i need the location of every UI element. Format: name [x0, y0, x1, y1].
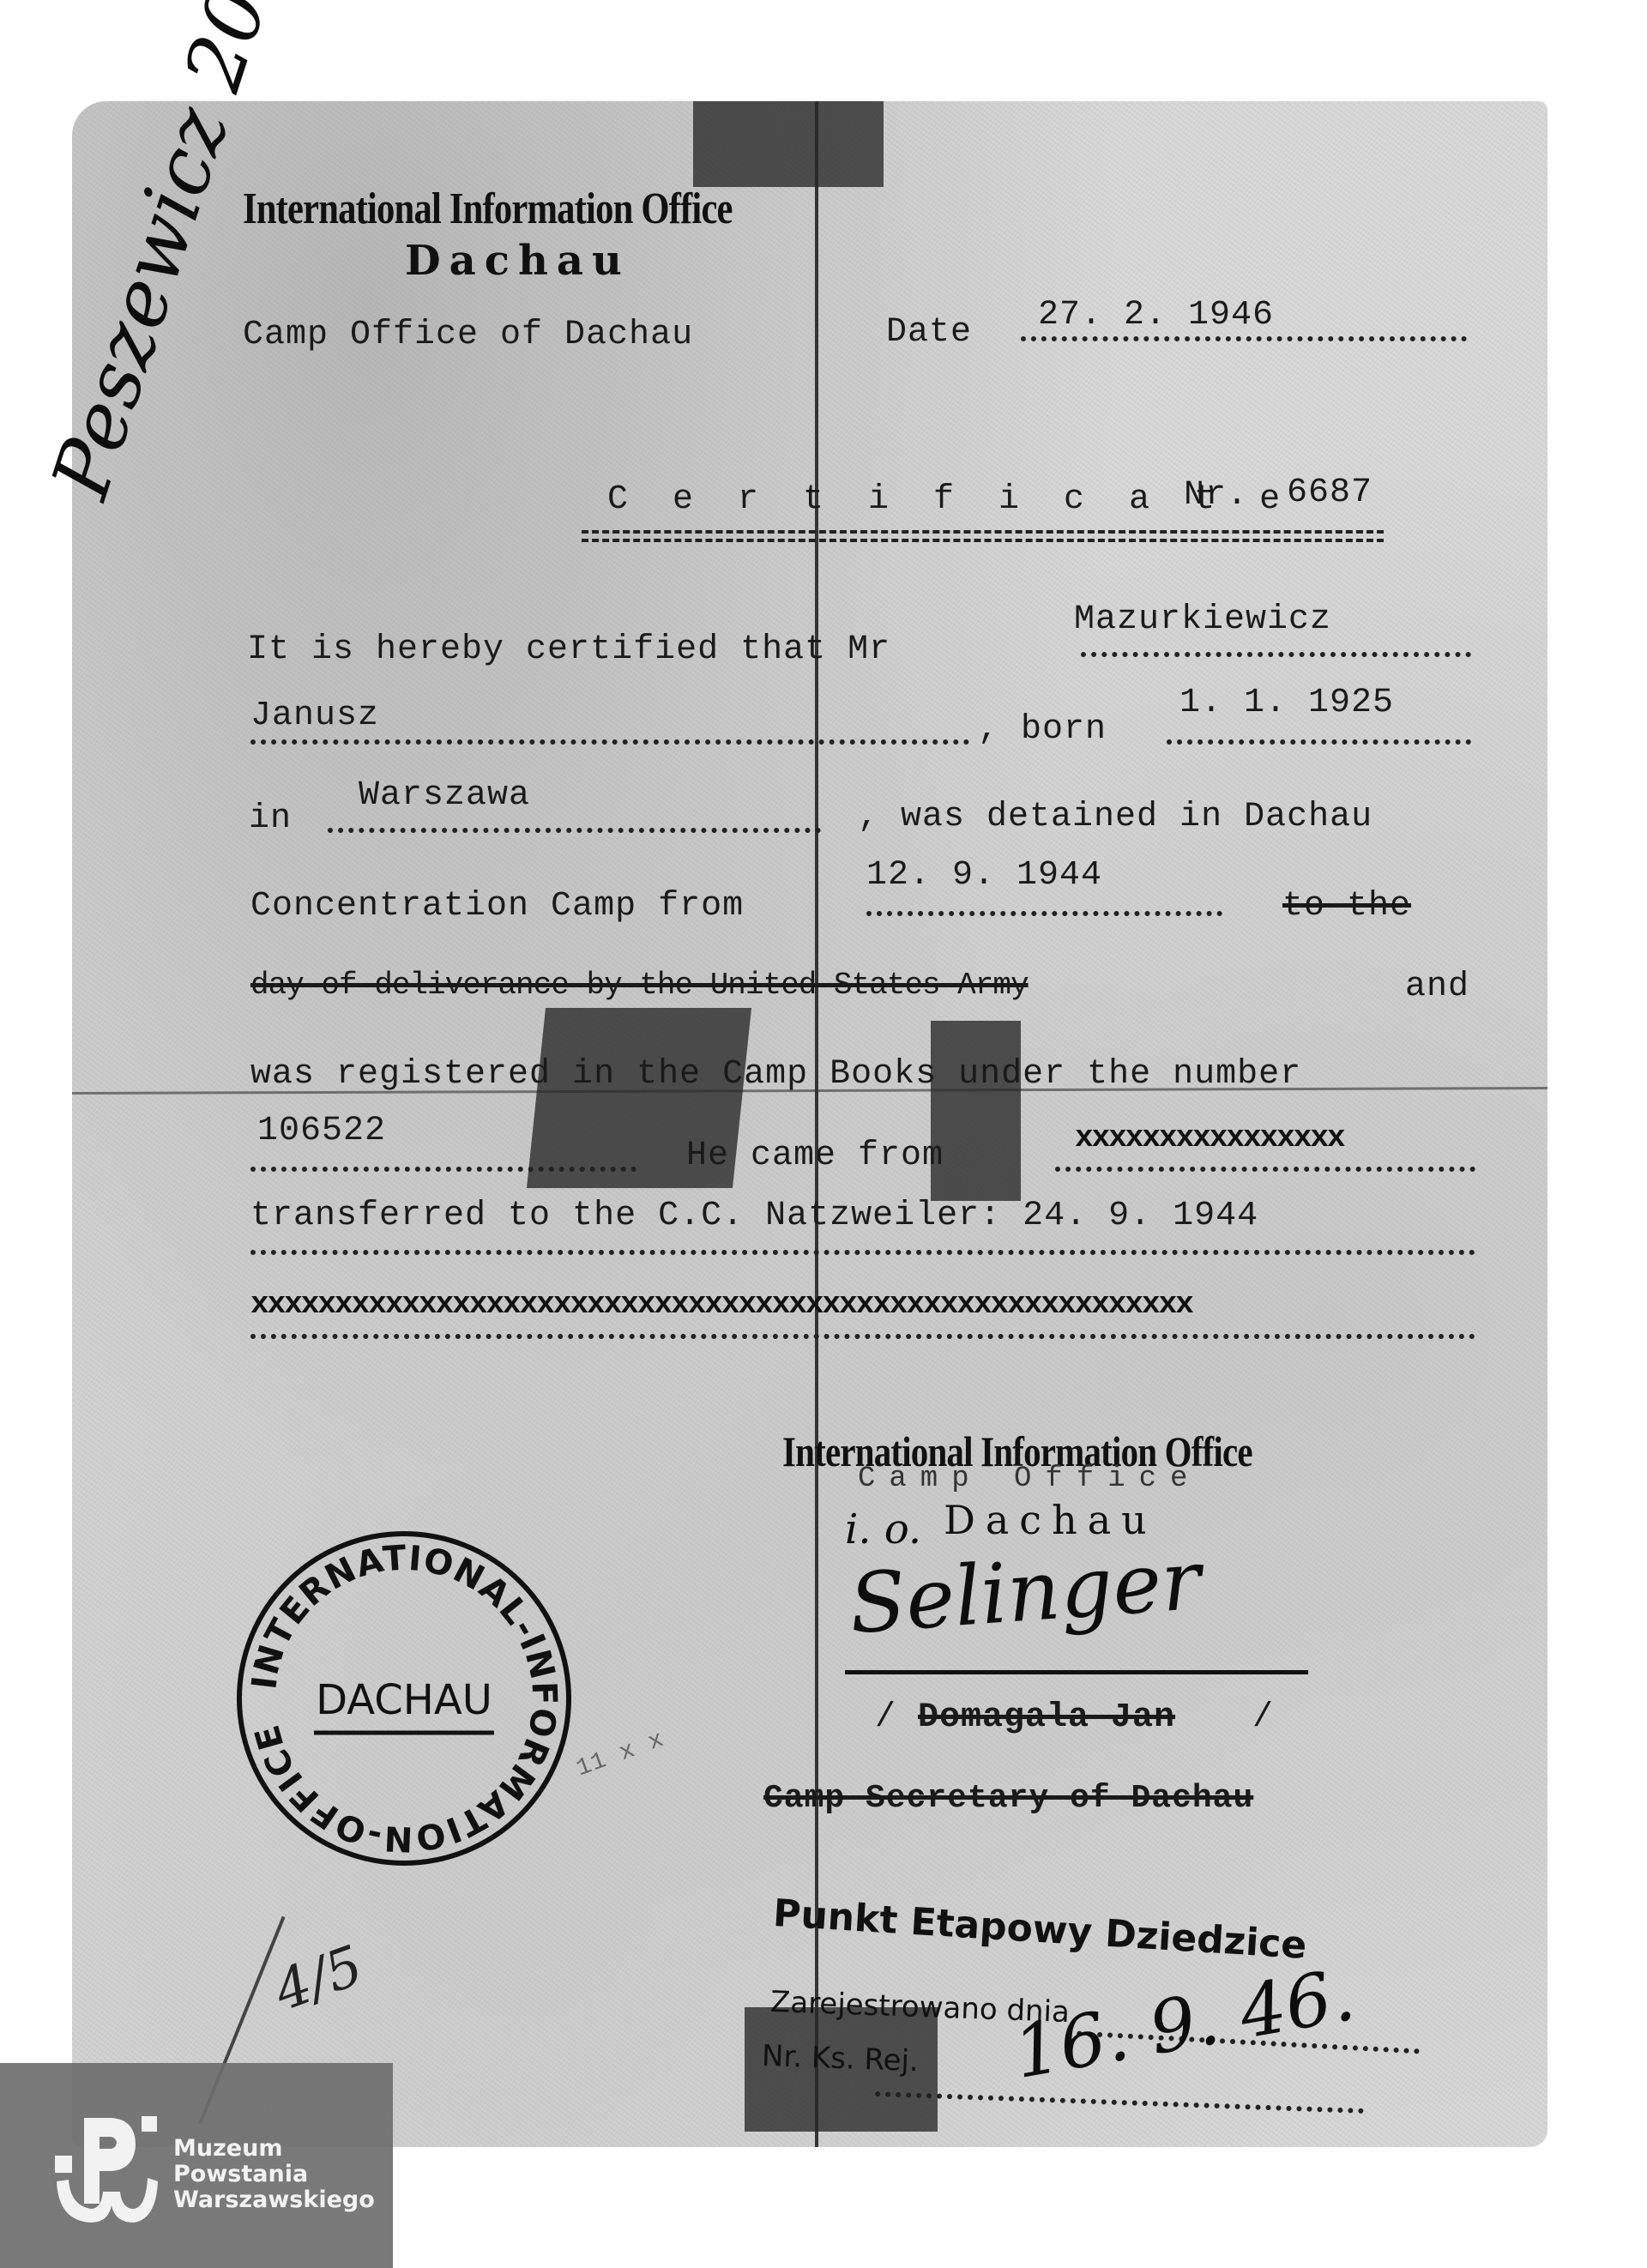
date-label: Date	[886, 313, 972, 352]
detained-text: , was detained in Dachau	[858, 798, 1372, 836]
round-stamp: INTERNATIONAL-INFORMATION-OFFICE + DACHA…	[237, 1531, 571, 1866]
tape-patch-top	[693, 101, 884, 187]
came-from-struck: xxxxxxxxxxxxxxxx	[1075, 1120, 1478, 1155]
first-name-value: Janusz	[250, 697, 379, 735]
birthplace-value: Warszawa	[359, 776, 530, 815]
signature-line	[845, 1670, 1308, 1674]
birthplace-dotted-line	[328, 828, 821, 833]
museum-name-line1: Muzeum	[173, 2136, 375, 2162]
struck-x-line: xxxxxxxxxxxxxxxxxxxxxxxxxxxxxxxxxxxxxxxx…	[250, 1287, 1481, 1322]
struck-deliverance-text: day of deliverance by the United States …	[250, 968, 1029, 1003]
first-name-dotted-line	[250, 739, 969, 745]
polish-stamp-book-label: Nr. Ks. Rej.	[761, 2039, 919, 2078]
letterhead-office: International Information Office	[243, 184, 733, 234]
surname-dotted-line	[1081, 652, 1471, 657]
tape-patch-center-right	[931, 1021, 1021, 1201]
birth-date-value: 1. 1. 1925	[1179, 684, 1394, 722]
certificate-number: 6687	[1287, 474, 1372, 512]
signature-initials: i. o.	[845, 1505, 921, 1553]
prisoner-number: 106522	[257, 1112, 386, 1150]
certificate-underline	[582, 530, 1384, 534]
round-stamp-center-text: DACHAU	[316, 1676, 492, 1724]
letterhead-city: Dachau	[405, 237, 630, 285]
camp-from-label: Concentration Camp from	[250, 887, 744, 926]
struck-to-the: to the	[1282, 887, 1411, 926]
date-value: 27. 2. 1946	[1038, 296, 1274, 335]
came-from-dotted-line	[1055, 1167, 1475, 1172]
kotwica-logo-icon	[51, 2114, 159, 2226]
surname-value: Mazurkiewicz	[1074, 600, 1331, 639]
in-label: in	[249, 799, 292, 838]
signature-overprint: Camp Office	[858, 1463, 1201, 1495]
born-label: , born	[978, 710, 1107, 749]
transferred-dotted-line	[250, 1250, 1475, 1255]
museum-name-line3: Warszawskiego	[173, 2187, 375, 2213]
certificate-nr-label: Nr.	[1184, 476, 1248, 515]
detained-from-dotted-line	[866, 911, 1222, 916]
museum-name: Muzeum Powstania Warszawskiego	[173, 2136, 375, 2213]
and-label: and	[1405, 968, 1469, 1006]
struck-dotted-line	[250, 1334, 1475, 1339]
detained-from-date: 12. 9. 1944	[866, 856, 1102, 895]
camp-office-label: Camp Office of Dachau	[243, 316, 693, 354]
date-dotted-line	[1021, 336, 1467, 341]
prisoner-number-dotted-line	[250, 1167, 636, 1172]
certificate-underline-2	[582, 539, 1384, 542]
vertical-fold-crease	[815, 101, 818, 2147]
title-struck: Camp Secretary of Dachau	[763, 1780, 1253, 1817]
birth-date-dotted-line	[1167, 739, 1471, 745]
museum-name-line2: Powstania	[173, 2162, 375, 2187]
registered-text: was registered in the Camp Books under t…	[250, 1055, 1301, 1094]
came-from-label: He came from	[686, 1137, 944, 1175]
certified-text: It is hereby certified that Mr	[247, 630, 890, 669]
name-struck: Domagala Jan	[918, 1698, 1175, 1737]
transferred-text: transferred to the C.C. Natzweiler: 24. …	[250, 1197, 1258, 1235]
name-slash-left: /	[875, 1698, 896, 1737]
name-slash-right: /	[1252, 1698, 1274, 1737]
